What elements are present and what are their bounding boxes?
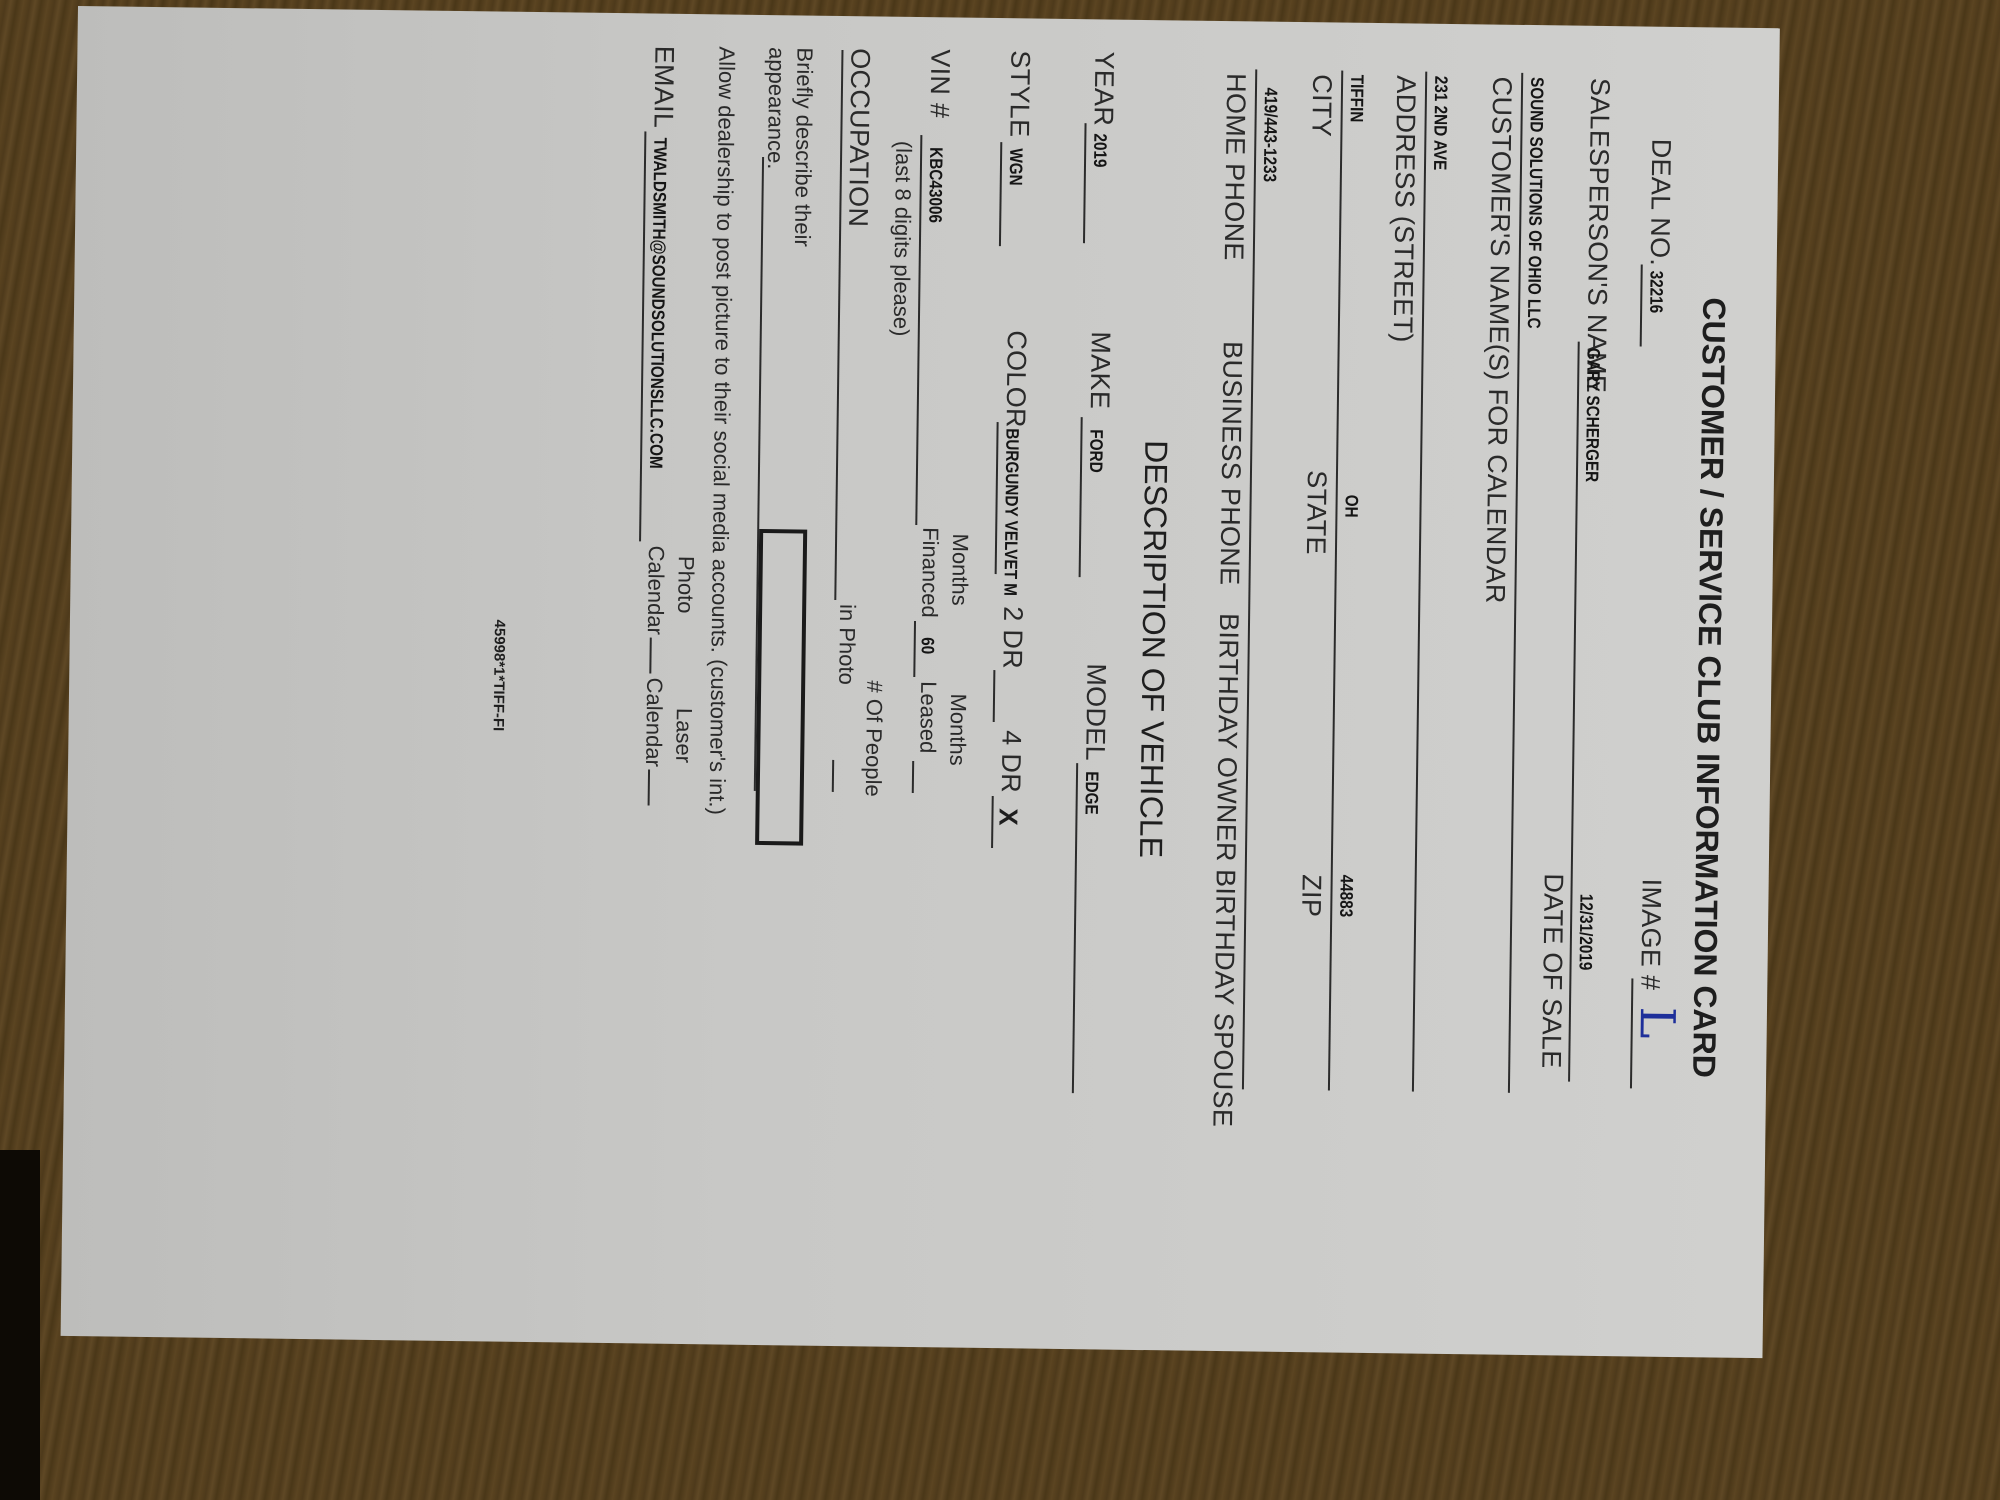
customer-names-label: CUSTOMER'S NAME(S) FOR CALENDAR: [1479, 76, 1517, 603]
date-of-sale-field[interactable]: 12/31/2019: [1575, 894, 1597, 971]
months-financed-field[interactable]: 60: [917, 637, 938, 654]
salesperson-field[interactable]: GARY SCHERGER: [1581, 348, 1604, 483]
months-financed-line: [913, 621, 916, 677]
deal-no-label: DEAL NO.: [1644, 139, 1677, 267]
deal-no-line: [1640, 264, 1643, 346]
photo-calendar-top: Photo: [672, 556, 699, 614]
state-field[interactable]: OH: [1340, 495, 1361, 518]
model-line: [1072, 763, 1078, 1093]
address-field[interactable]: 231 2ND AVE: [1429, 76, 1451, 171]
vin-label: VIN #: [924, 49, 956, 118]
months-financed-label: Financed: [916, 527, 943, 618]
customer-names-field[interactable]: SOUND SOLUTIONS OF OHIO LLC: [1523, 77, 1547, 329]
email-line: [639, 131, 646, 541]
two-dr-label: 2 DR: [996, 606, 1028, 669]
four-dr-label: 4 DR: [995, 730, 1027, 793]
laser-calendar-label: Calendar: [640, 677, 667, 767]
home-phone-label: HOME PHONE: [1218, 73, 1251, 261]
occupation-label: OCCUPATION: [842, 48, 875, 227]
year-label: YEAR: [1088, 51, 1120, 126]
months-leased-label: Leased: [914, 681, 941, 754]
photo-calendar-field[interactable]: [649, 638, 651, 674]
year-field[interactable]: 2019: [1089, 133, 1110, 167]
deal-no-field[interactable]: 32216: [1645, 271, 1667, 314]
social-media-consent: Allow dealership to post picture to thei…: [703, 46, 739, 815]
vehicle-heading: DESCRIPTION OF VEHICLE: [1132, 440, 1174, 858]
laser-calendar-field[interactable]: [648, 770, 650, 806]
address-label: ADDRESS (STREET): [1387, 75, 1421, 343]
months-leased-field[interactable]: [912, 761, 914, 793]
laser-calendar-top: Laser: [670, 708, 697, 763]
model-label: MODEL: [1079, 663, 1111, 761]
months-leased-top: Months: [944, 693, 971, 765]
model-field[interactable]: EDGE: [1081, 771, 1103, 815]
four-dr-field[interactable]: X: [992, 808, 1023, 826]
photo-calendar-label: Calendar: [642, 545, 669, 635]
business-phone-label: BUSINESS PHONE: [1214, 341, 1248, 586]
color-field[interactable]: BURGUNDY VELVET M: [999, 428, 1022, 596]
city-label: CITY: [1305, 74, 1337, 137]
style-line: [999, 142, 1002, 246]
photo-box: [755, 529, 807, 846]
color-label: COLOR: [1000, 330, 1032, 428]
birthday-spouse-label: BIRTHDAY SPOUSE: [1206, 869, 1240, 1127]
appearance-label-2: appearance.: [762, 47, 790, 170]
footer-code: 45998*1*TIFF-FI: [490, 619, 508, 731]
appearance-label-1: Briefly describe their: [789, 47, 818, 247]
people-in-photo-label: in Photo: [833, 604, 860, 685]
people-in-photo-field[interactable]: [832, 760, 834, 792]
salesperson-line: [1568, 342, 1580, 1082]
email-label: EMAIL: [647, 45, 679, 128]
people-in-photo-top: # Of People: [860, 680, 888, 797]
image-no-field[interactable]: L: [1629, 1006, 1685, 1039]
image-no-label: IMAGE #: [1634, 878, 1666, 990]
service-club-form: CUSTOMER / SERVICE CLUB INFORMATION CARD…: [61, 6, 1780, 1358]
occupation-field[interactable]: [834, 50, 843, 600]
year-line: [1083, 123, 1087, 243]
vin-field[interactable]: KBC43006: [924, 147, 946, 223]
birthday-owner-label: BIRTHDAY OWNER: [1210, 613, 1244, 862]
city-field[interactable]: TIFFIN: [1346, 75, 1368, 123]
make-label: MAKE: [1084, 331, 1116, 409]
style-label: STYLE: [1003, 50, 1035, 137]
color-line: [995, 422, 999, 574]
months-financed-top: Months: [946, 533, 973, 605]
form-title: CUSTOMER / SERVICE CLUB INFORMATION CARD: [1685, 297, 1732, 1078]
vin-line: [915, 135, 922, 525]
two-dr-field[interactable]: [993, 670, 996, 722]
vin-hint: (last 8 digits please): [888, 141, 917, 337]
make-line: [1079, 417, 1083, 577]
date-of-sale-label: DATE OF SALE: [1535, 873, 1569, 1069]
salesperson-label: SALESPERSON'S NAME: [1580, 78, 1615, 394]
email-field[interactable]: TWALDSMITH@SOUNDSOLUTIONSLLC.COM: [645, 137, 670, 468]
style-field[interactable]: WGN: [1005, 148, 1026, 186]
make-field[interactable]: FORD: [1085, 429, 1107, 473]
zip-label: ZIP: [1295, 874, 1327, 917]
state-label: STATE: [1300, 470, 1332, 555]
table-shadow: [0, 1150, 40, 1500]
paper-sheet: CUSTOMER / SERVICE CLUB INFORMATION CARD…: [61, 6, 1780, 1358]
city-line: [1328, 71, 1343, 1091]
zip-field[interactable]: 44883: [1335, 875, 1357, 918]
home-phone-field[interactable]: 419/443-1233: [1259, 87, 1281, 182]
